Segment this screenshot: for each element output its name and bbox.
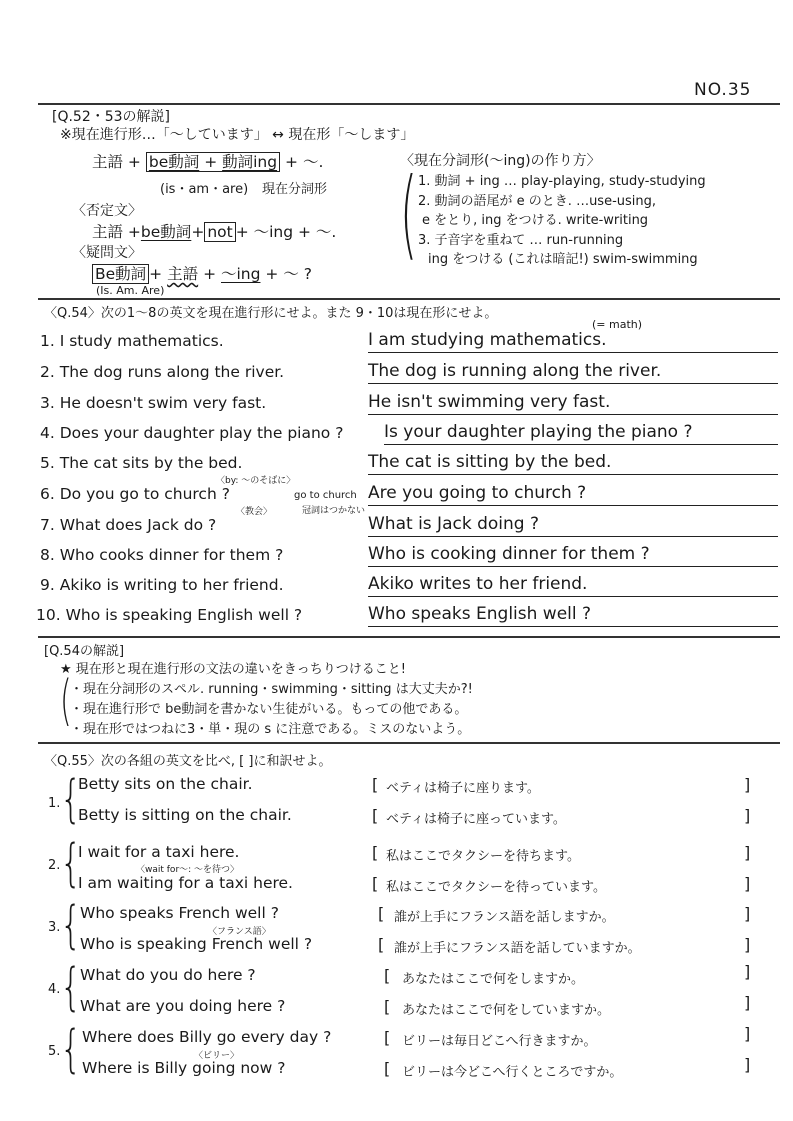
- item-question: Does your daughter play the piano ?: [60, 424, 344, 442]
- item-question: What does Jack do ?: [60, 516, 216, 534]
- group-brace: {: [60, 962, 82, 1013]
- group-brace: {: [60, 900, 82, 951]
- group-num: 1.: [48, 796, 60, 811]
- participle-rule-2: 2. 動詞の語尾が e のとき. …use-using,: [418, 190, 656, 209]
- open-bracket: [: [372, 775, 378, 794]
- group2-en-2: I am waiting for a taxi here.: [78, 874, 293, 892]
- answer-line: Who speaks English well ?: [368, 604, 778, 627]
- section3-bullet-1: ・現在分詞形のスペル. running・swimming・sitting は大丈…: [70, 678, 473, 697]
- negative-formula: 主語 +be動詞+not+ ～ing + ～.: [92, 220, 336, 242]
- q-be: Be動詞: [92, 264, 149, 284]
- open-bracket: [: [384, 1059, 390, 1078]
- group-num: 5.: [48, 1044, 60, 1059]
- item-num: 5.: [40, 454, 55, 472]
- item-num: 1.: [40, 332, 55, 350]
- group4-ja-1: あなたはここで何をしますか。: [402, 968, 584, 987]
- item-answer: The cat is sitting by the bed.: [368, 452, 611, 472]
- formula-tail: + ～.: [285, 153, 323, 171]
- group1-ja-2: ベティは椅子に座っています。: [386, 808, 566, 827]
- group4-en-1: What do you do here ?: [80, 966, 256, 984]
- neg-be: be動詞: [141, 223, 191, 241]
- section4-heading: 〈Q.55〉次の各組の英文を比べ, [ ]に和訳せよ。: [44, 750, 331, 769]
- open-bracket: [: [378, 935, 384, 954]
- item-question: The dog runs along the river.: [60, 363, 284, 381]
- answer-line: Is your daughter playing the piano ?: [384, 422, 778, 445]
- section3-star-note: ★ 現在形と現在進行形の文法の違いをきっちりつけること!: [60, 658, 406, 677]
- open-bracket: [: [378, 904, 384, 923]
- group-num: 4.: [48, 982, 60, 997]
- group4-en-2: What are you doing here ?: [80, 997, 285, 1015]
- q-ing: ～ing: [221, 265, 260, 283]
- item-answer: Who speaks English well ?: [368, 604, 591, 624]
- item-answer: Akiko writes to her friend.: [368, 574, 587, 594]
- answer-line: He isn't swimming very fast.: [368, 392, 778, 415]
- item-answer: Who is cooking dinner for them ?: [368, 544, 650, 564]
- exercise-1: 1. I study mathematics.: [40, 332, 224, 350]
- item-question: The cat sits by the bed.: [60, 454, 243, 472]
- item-answer: He isn't swimming very fast.: [368, 392, 610, 412]
- item-num: 7.: [40, 516, 55, 534]
- group3-ja-2: 誰が上手にフランス語を話していますか。: [394, 937, 641, 956]
- participle-brace: (: [400, 168, 417, 265]
- item-num: 8.: [40, 546, 55, 564]
- item-num: 2.: [40, 363, 55, 381]
- ing-note: 現在分詞形: [262, 178, 327, 197]
- group3-en-1: Who speaks French well ?: [80, 904, 279, 922]
- group-num: 2.: [48, 858, 60, 873]
- group3-ja-1: 誰が上手にフランス語を話しますか。: [394, 906, 615, 925]
- item-question: Akiko is writing to her friend.: [60, 576, 284, 594]
- exercise-3: 3. He doesn't swim very fast.: [40, 394, 266, 412]
- q-rest: + ～ ?: [265, 265, 312, 283]
- neg-plus: +: [191, 223, 204, 241]
- participle-rule-5: ing をつける (これは暗記!) swim-swimming: [428, 248, 698, 267]
- close-bracket: ]: [744, 993, 750, 1012]
- answer-line: The cat is sitting by the bed.: [368, 452, 778, 475]
- close-bracket: ]: [744, 1024, 750, 1043]
- section1-formula: 主語 + be動詞 + 動詞ing + ～.: [92, 150, 323, 172]
- close-bracket: ]: [744, 775, 750, 794]
- negative-label: 〈否定文〉: [72, 200, 142, 220]
- participle-title: 〈現在分詞形(～ing)の作り方〉: [400, 150, 601, 170]
- group2-en-1: I wait for a taxi here.: [78, 843, 240, 861]
- close-bracket: ]: [744, 904, 750, 923]
- q-plus2: +: [203, 265, 216, 283]
- neg-subject: 主語 +: [92, 223, 141, 241]
- open-bracket: [: [384, 1028, 390, 1047]
- divider: [38, 742, 780, 744]
- open-bracket: [: [372, 806, 378, 825]
- be-note: (is・am・are): [160, 178, 248, 197]
- close-bracket: ]: [744, 935, 750, 954]
- item-num: 6.: [40, 485, 55, 503]
- exercise-2: 2. The dog runs along the river.: [40, 363, 284, 381]
- close-bracket: ]: [744, 874, 750, 893]
- group4-ja-2: あなたはここで何をしていますか。: [402, 999, 610, 1018]
- exercise-7: 7. What does Jack do ?: [40, 516, 216, 534]
- group2-ja-1: 私はここでタクシーを待ちます。: [386, 845, 580, 864]
- exercise-8: 8. Who cooks dinner for them ?: [40, 546, 283, 564]
- answer-line: What is Jack doing ?: [368, 514, 778, 537]
- close-bracket: ]: [744, 806, 750, 825]
- group5-ja-1: ビリーは毎日どこへ行きますか。: [402, 1030, 596, 1049]
- divider: [38, 298, 780, 300]
- exercise-5: 5. The cat sits by the bed.: [40, 454, 242, 472]
- group1-ja-1: ベティは椅子に座ります。: [386, 777, 540, 796]
- close-bracket: ]: [744, 1055, 750, 1074]
- participle-rule-4: 3. 子音字を重ねて … run-running: [418, 229, 623, 248]
- question-note: (Is. Am. Are): [96, 284, 164, 297]
- answer-line: Who is cooking dinner for them ?: [368, 544, 778, 567]
- section1-heading: [Q.52・53の解説]: [52, 106, 170, 126]
- item-question: Do you go to church ?: [60, 485, 230, 503]
- section2-heading: 〈Q.54〉次の1～8の英文を現在進行形にせよ。また 9・10は現在形にせよ。: [44, 302, 497, 321]
- open-bracket: [: [384, 966, 390, 985]
- exercise-10: 10. Who is speaking English well ?: [36, 606, 302, 624]
- item-question: Who is speaking English well ?: [66, 606, 303, 624]
- neg-not: not: [204, 222, 235, 242]
- item-answer: Is your daughter playing the piano ?: [384, 422, 693, 442]
- divider: [38, 103, 780, 105]
- open-bracket: [: [372, 874, 378, 893]
- close-bracket: ]: [744, 962, 750, 981]
- answer-line: Akiko writes to her friend.: [368, 574, 778, 597]
- group3-en-2: Who is speaking French well ?: [80, 935, 312, 953]
- section3-bullet-3: ・現在形ではつねに3・単・現の s に注意である。ミスのないよう。: [70, 718, 470, 737]
- formula-ing: 動詞ing: [222, 153, 277, 171]
- item-num: 9.: [40, 576, 55, 594]
- section3-heading: [Q.54の解説]: [44, 640, 124, 659]
- section1-rule: ※現在進行形…「～しています」 ↔ 現在形「～します」: [60, 124, 414, 144]
- divider: [38, 636, 780, 638]
- participle-rule-1: 1. 動詞 + ing … play-playing, study-studyi…: [418, 170, 706, 189]
- item-answer: What is Jack doing ?: [368, 514, 539, 534]
- group1-en-1: Betty sits on the chair.: [78, 775, 253, 793]
- item-num: 3.: [40, 394, 55, 412]
- item-question: He doesn't swim very fast.: [60, 394, 266, 412]
- open-bracket: [: [372, 843, 378, 862]
- page-number: NO.35: [694, 80, 751, 100]
- open-bracket: [: [384, 997, 390, 1016]
- item-question: I study mathematics.: [60, 332, 224, 350]
- question-label: 〈疑問文〉: [72, 242, 142, 262]
- formula-plus: +: [204, 153, 217, 171]
- article-note: 冠詞はつかない: [302, 503, 365, 516]
- group5-ja-2: ビリーは今どこへ行くところですか。: [402, 1061, 622, 1080]
- formula-subject: 主語 +: [92, 153, 141, 171]
- item-answer: Are you going to church ?: [368, 483, 586, 503]
- neg-rest: + ～ing + ～.: [236, 223, 337, 241]
- group2-ja-2: 私はここでタクシーを待っています。: [386, 876, 606, 895]
- answer-line: I am studying mathematics.: [368, 330, 778, 353]
- formula-be: be動詞: [149, 153, 199, 171]
- group-brace: {: [60, 1024, 82, 1075]
- group-num: 3.: [48, 920, 60, 935]
- item-num: 4.: [40, 424, 55, 442]
- group5-en-2: Where is Billy going now ?: [82, 1059, 286, 1077]
- item-num: 10.: [36, 606, 61, 624]
- answer-line: The dog is running along the river.: [368, 361, 778, 384]
- item-question: Who cooks dinner for them ?: [60, 546, 284, 564]
- q-subject: 主語: [167, 265, 198, 283]
- item-answer: The dog is running along the river.: [368, 361, 661, 381]
- question-formula: Be動詞+ 主語 + ～ing + ～ ?: [92, 262, 312, 284]
- group1-en-2: Betty is sitting on the chair.: [78, 806, 292, 824]
- close-bracket: ]: [744, 843, 750, 862]
- exercise-4: 4. Does your daughter play the piano ?: [40, 424, 343, 442]
- section3-bullet-2: ・現在進行形で be動詞を書かない生徒がいる。もっての他である。: [70, 698, 467, 717]
- church-note: 〈教会〉: [236, 504, 272, 517]
- participle-rule-3: e をとり, ing をつける. write-writing: [422, 209, 648, 228]
- item-answer: I am studying mathematics.: [368, 330, 607, 350]
- exercise-6: 6. Do you go to church ?: [40, 485, 230, 503]
- group5-en-1: Where does Billy go every day ?: [82, 1028, 331, 1046]
- exercise-9: 9. Akiko is writing to her friend.: [40, 576, 284, 594]
- q-plus1: +: [149, 265, 162, 283]
- go-church-note: go to church: [294, 490, 357, 501]
- answer-line: Are you going to church ?: [368, 483, 778, 506]
